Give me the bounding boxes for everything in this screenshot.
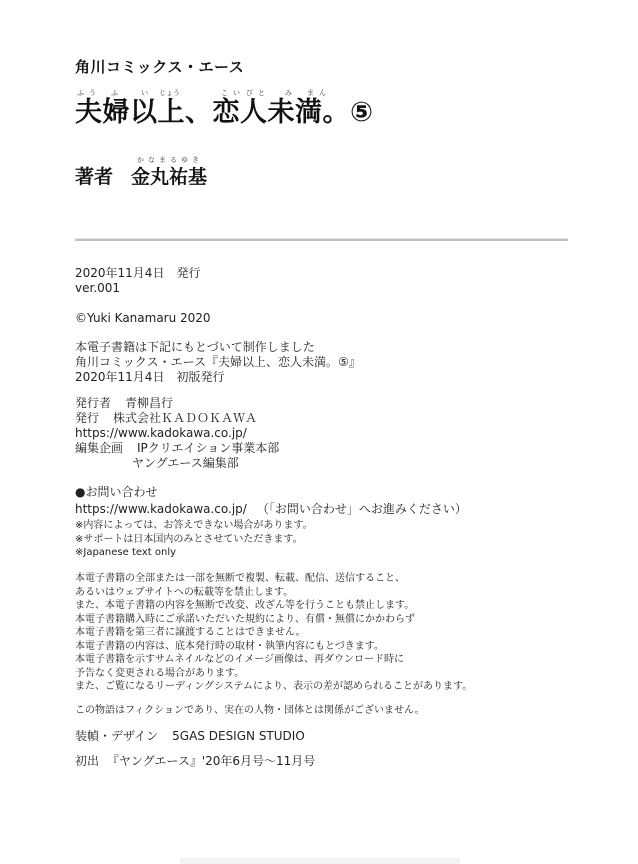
publisher-label: 発行 — [75, 411, 99, 425]
title-ruby-glyph: と — [258, 88, 265, 98]
legal-line: 予告なく変更される場合があります。 — [75, 667, 472, 681]
bottom-cutoff-text — [180, 858, 460, 864]
contact-note: ※サポートは日本国内のみとさせていただきます。 — [75, 533, 313, 547]
design-credit: 5GAS DESIGN STUDIO — [172, 729, 305, 743]
publisher-name: 株式会社ＫＡＤＯＫＡＷＡ — [113, 411, 257, 425]
legal-line: 本電子書籍の内容は、底本発行時の取材・執筆内容にもとづきます。 — [75, 640, 472, 654]
author-label: 著者 — [75, 166, 113, 188]
legal-line: あるいはウェブサイトへの転載等を禁止します。 — [75, 586, 472, 600]
legal-line: また、本電子書籍の内容を無断で改変、改ざん等を行うことも禁止します。 — [75, 599, 472, 613]
fiction-notice: この物語はフィクションであり、実在の人物・団体とは関係がございません。 — [75, 704, 425, 718]
title-ruby-glyph: ん — [319, 88, 326, 98]
book-title: 夫婦以上、恋人未満。⑤ — [75, 98, 373, 128]
first-publication-line: 初出『ヤングエース』'20年6月号～11月号 — [75, 754, 315, 769]
editing-label: 編集企画 — [75, 441, 123, 455]
contact-note: ※内容によっては、お答えできない場合があります。 — [75, 519, 313, 533]
legal-line: 本電子書籍を第三者に譲渡することはできません。 — [75, 626, 472, 640]
title-ruby-glyph: こ — [221, 88, 228, 98]
author-ruby-row: かなまるゆき — [75, 155, 207, 165]
design-label: 装幀・デザイン — [75, 729, 158, 743]
copyright: ©Yuki Kanamaru 2020 — [75, 311, 211, 326]
basis-line: 本電子書籍は下記にもとづいて制作しました — [75, 340, 361, 355]
title-ruby-glyph: う — [89, 88, 96, 98]
contact-block: ●お問い合わせ https://www.kadokawa.co.jp/（「お問い… — [75, 485, 467, 517]
divider — [75, 238, 568, 241]
first-pub: 『ヤングエース』'20年6月号～11月号 — [107, 754, 315, 768]
basis-block: 本電子書籍は下記にもとづいて制作しました 角川コミックス・エース『夫婦以上、恋人… — [75, 340, 361, 385]
title-ruby-glyph: ま — [307, 88, 314, 98]
publisher-url[interactable]: https://www.kadokawa.co.jp/ — [75, 426, 279, 441]
publisher-person: 青柳昌行 — [125, 396, 173, 410]
title-block: ふうふいじょうこいびとみまん 夫婦以上、恋人未満。⑤ — [75, 88, 373, 128]
first-pub-label: 初出 — [75, 754, 99, 768]
author-block: かなまるゆき 著者金丸祐基 — [75, 155, 207, 189]
title-ruby-glyph: い — [233, 88, 240, 98]
series-name: 角川コミックス・エース — [75, 56, 244, 77]
publisher-person-label: 発行者 — [75, 396, 111, 410]
editing-dept: IPクリエイション事業本部 — [137, 441, 279, 455]
title-ruby-glyph: び — [246, 88, 253, 98]
title-ruby-glyph: い — [141, 88, 148, 98]
version: ver.001 — [75, 281, 200, 296]
contact-url-note: （「お問い合わせ」へお進みください） — [257, 502, 467, 516]
title-ruby-glyph: じょう — [159, 88, 180, 98]
author-ruby: かなまるゆき — [137, 155, 203, 165]
contact-heading: ●お問い合わせ — [75, 485, 467, 500]
basis-line: 2020年11月4日 初版発行 — [75, 370, 361, 385]
title-ruby: ふうふいじょうこいびとみまん — [75, 88, 373, 98]
title-ruby-glyph: ふ — [111, 88, 118, 98]
legal-line: 本電子書籍を示すサムネイルなどのイメージ画像は、再ダウンロード時に — [75, 653, 472, 667]
contact-notes: ※内容によっては、お答えできない場合があります。 ※サポートは日本国内のみとさせ… — [75, 519, 313, 560]
legal-line: また、ご覧になるリーディングシステムにより、表示の差が認められることがあります。 — [75, 680, 472, 694]
legal-line: 本電子書籍の全部または一部を無断で複製、転載、配信、送信すること、 — [75, 572, 472, 586]
publisher-block: 発行者青柳昌行 発行株式会社ＫＡＤＯＫＡＷＡ https://www.kadok… — [75, 396, 279, 471]
publish-date: 2020年11月4日 発行 — [75, 266, 200, 281]
basis-line: 角川コミックス・エース『夫婦以上、恋人未満。⑤』 — [75, 355, 361, 370]
legal-notice: 本電子書籍の全部または一部を無断で複製、転載、配信、送信すること、 あるいはウェ… — [75, 572, 472, 694]
contact-note: ※Japanese text only — [75, 546, 313, 560]
contact-url[interactable]: https://www.kadokawa.co.jp/ — [75, 502, 247, 516]
author-name: 金丸祐基 — [131, 166, 207, 188]
publish-info: 2020年11月4日 発行 ver.001 — [75, 266, 200, 296]
legal-line: 本電子書籍購入時にご承諾いただいた規約により、有償・無償にかかわらず — [75, 613, 472, 627]
title-ruby-glyph: み — [285, 88, 292, 98]
design-credit-line: 装幀・デザイン5GAS DESIGN STUDIO — [75, 729, 305, 744]
title-ruby-glyph: ふ — [77, 88, 84, 98]
editing-dept: ヤングエース編集部 — [75, 456, 279, 471]
